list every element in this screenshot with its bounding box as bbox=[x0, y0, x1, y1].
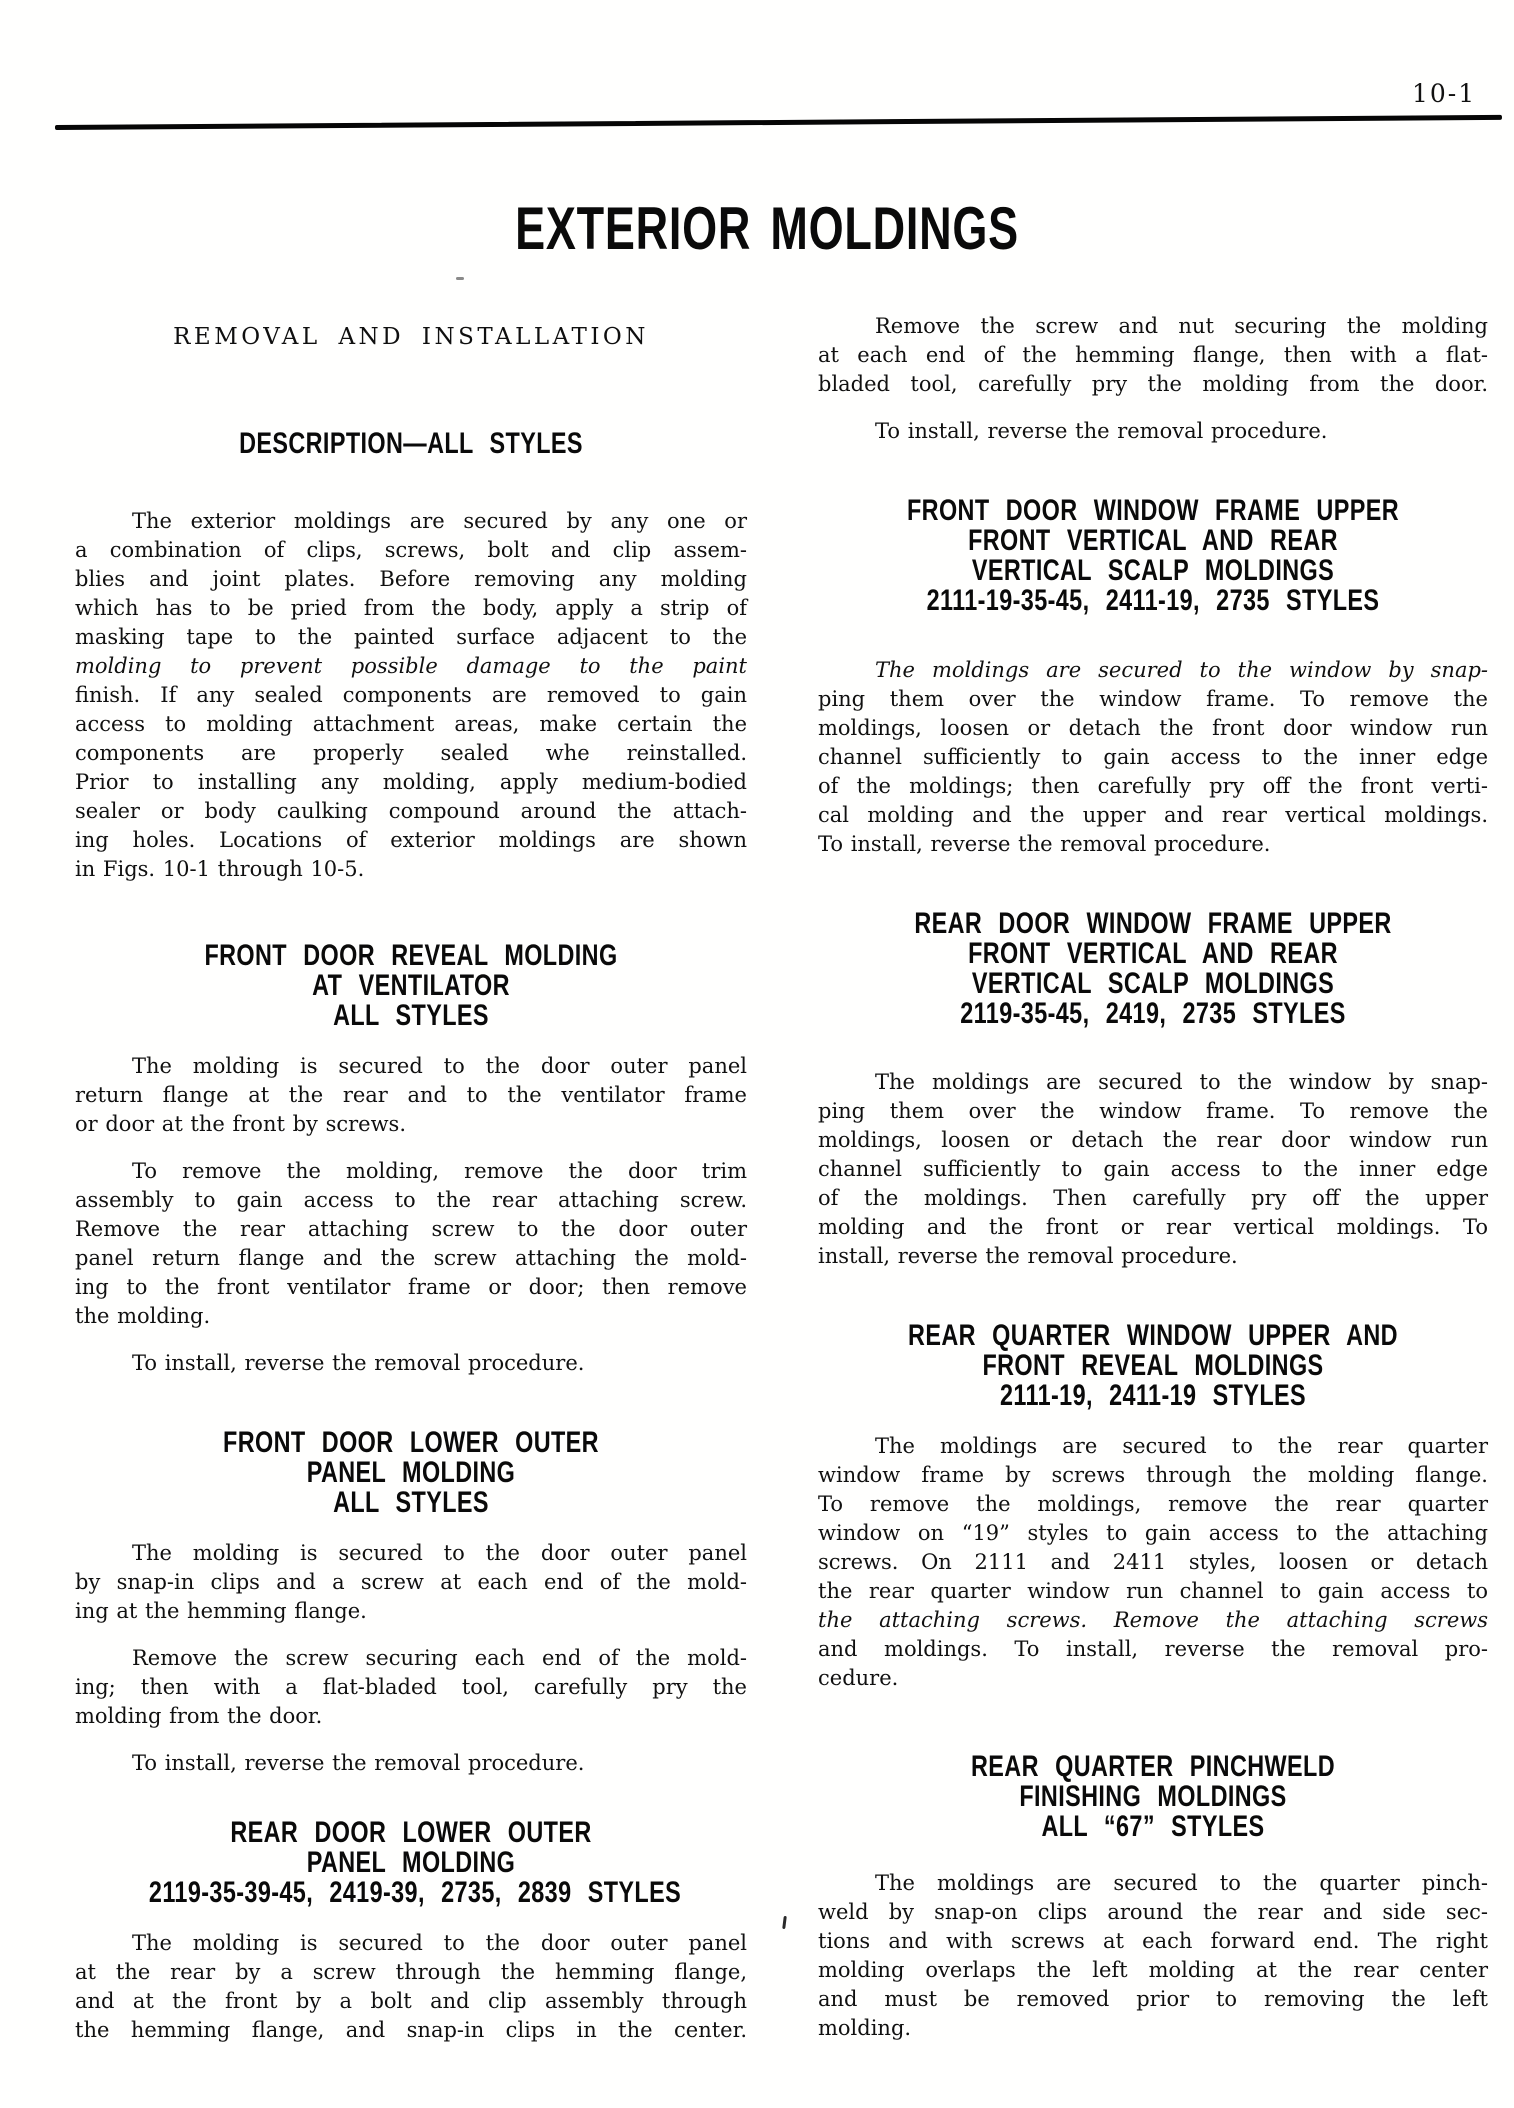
text-line: window on “19” styles to gain access to … bbox=[818, 1519, 1488, 1548]
section-heading: DESCRIPTION—ALL STYLES bbox=[75, 429, 747, 459]
text-line: ing at the hemming flange. bbox=[75, 1597, 747, 1626]
text-line: and moldings. To install, reverse the re… bbox=[818, 1635, 1488, 1664]
heading-line: FINISHING MOLDINGS bbox=[892, 1782, 1415, 1812]
text-line: window frame by screws through the moldi… bbox=[818, 1461, 1488, 1490]
heading-line: FRONT DOOR WINDOW FRAME UPPER bbox=[892, 496, 1415, 526]
text-line: and at the front by a bolt and clip asse… bbox=[75, 1987, 747, 2016]
text-line: Remove the rear attaching screw to the d… bbox=[75, 1215, 747, 1244]
text-line: or door at the front by screws. bbox=[75, 1110, 747, 1139]
paragraph: To install, reverse the removal procedur… bbox=[818, 417, 1488, 446]
section-heading: REAR DOOR LOWER OUTERPANEL MOLDING2119-3… bbox=[75, 1818, 747, 1908]
section-heading: REAR QUARTER PINCHWELDFINISHING MOLDINGS… bbox=[818, 1752, 1488, 1842]
text-line: To install, reverse the removal procedur… bbox=[75, 1749, 747, 1778]
text-line: which has to be pried from the body, app… bbox=[75, 594, 747, 623]
paragraph: The moldings are secured to the quarter … bbox=[818, 1869, 1488, 2043]
heading-line: FRONT VERTICAL AND REAR bbox=[892, 939, 1415, 969]
heading-line: ALL “67” STYLES bbox=[892, 1812, 1415, 1842]
heading-line: ALL STYLES bbox=[149, 1488, 673, 1518]
text-line: at each end of the hemming flange, then … bbox=[818, 341, 1488, 370]
heading-line: AT VENTILATOR bbox=[149, 971, 673, 1001]
heading-line: VERTICAL SCALP MOLDINGS bbox=[892, 969, 1415, 999]
left-column: REMOVAL AND INSTALLATIONDESCRIPTION—ALL … bbox=[75, 0, 747, 2108]
text-line: panel return flange and the screw attach… bbox=[75, 1244, 747, 1273]
right-column: Remove the screw and nut securing the mo… bbox=[818, 0, 1488, 2108]
paragraph: The molding is secured to the door outer… bbox=[75, 1929, 747, 2045]
heading-line: 2119-35-39-45, 2419-39, 2735, 2839 STYLE… bbox=[149, 1878, 673, 1908]
heading-line: REAR DOOR LOWER OUTER bbox=[149, 1818, 673, 1848]
text-line: sealer or body caulking compound around … bbox=[75, 797, 747, 826]
section-heading: FRONT DOOR REVEAL MOLDINGAT VENTILATORAL… bbox=[75, 941, 747, 1031]
text-line: The molding is secured to the door outer… bbox=[75, 1539, 747, 1568]
section-heading: FRONT DOOR WINDOW FRAME UPPERFRONT VERTI… bbox=[818, 496, 1488, 616]
text-line: molding to prevent possible damage to th… bbox=[75, 652, 747, 681]
text-line: blies and joint plates. Before removing … bbox=[75, 565, 747, 594]
heading-line: REAR QUARTER WINDOW UPPER AND bbox=[892, 1321, 1415, 1351]
text-line: the molding. bbox=[75, 1302, 747, 1331]
text-line: The exterior moldings are secured by any… bbox=[75, 507, 747, 536]
heading-line: DESCRIPTION—ALL STYLES bbox=[149, 429, 673, 459]
text-line: Remove the screw securing each end of th… bbox=[75, 1644, 747, 1673]
text-line: channel sufficiently to gain access to t… bbox=[818, 743, 1488, 772]
text-line: Remove the screw and nut securing the mo… bbox=[818, 312, 1488, 341]
heading-line: FRONT VERTICAL AND REAR bbox=[892, 526, 1415, 556]
paragraph: To install, reverse the removal procedur… bbox=[75, 1749, 747, 1778]
text-line: the rear quarter window run channel to g… bbox=[818, 1577, 1488, 1606]
text-line: To remove the molding, remove the door t… bbox=[75, 1157, 747, 1186]
text-line: weld by snap-on clips around the rear an… bbox=[818, 1898, 1488, 1927]
text-line: tions and with screws at each forward en… bbox=[818, 1927, 1488, 1956]
paragraph: The exterior moldings are secured by any… bbox=[75, 507, 747, 884]
text-line: molding. bbox=[818, 2014, 1488, 2043]
heading-line: REAR QUARTER PINCHWELD bbox=[892, 1752, 1415, 1782]
paragraph: The moldings are secured to the window b… bbox=[818, 1068, 1488, 1271]
text-line: The molding is secured to the door outer… bbox=[75, 1052, 747, 1081]
text-line: The moldings are secured to the window b… bbox=[818, 1068, 1488, 1097]
text-line: molding overlaps the left molding at the… bbox=[818, 1956, 1488, 1985]
text-line: To install, reverse the removal procedur… bbox=[818, 417, 1488, 446]
heading-line: REAR DOOR WINDOW FRAME UPPER bbox=[892, 909, 1415, 939]
text-line: The moldings are secured to the rear qua… bbox=[818, 1432, 1488, 1461]
text-line: of the moldings. Then carefully pry off … bbox=[818, 1184, 1488, 1213]
heading-line: PANEL MOLDING bbox=[149, 1458, 673, 1488]
heading-line: REMOVAL AND INSTALLATION bbox=[75, 322, 747, 352]
section-heading: REAR DOOR WINDOW FRAME UPPERFRONT VERTIC… bbox=[818, 909, 1488, 1029]
heading-line: ALL STYLES bbox=[149, 1001, 673, 1031]
paragraph: To remove the molding, remove the door t… bbox=[75, 1157, 747, 1331]
heading-line: FRONT DOOR LOWER OUTER bbox=[149, 1428, 673, 1458]
text-line: the hemming flange, and snap-in clips in… bbox=[75, 2016, 747, 2045]
paragraph: The molding is secured to the door outer… bbox=[75, 1052, 747, 1139]
paragraph: Remove the screw and nut securing the mo… bbox=[818, 312, 1488, 399]
text-line: assembly to gain access to the rear atta… bbox=[75, 1186, 747, 1215]
manual-page: 10-1 EXTERIOR MOLDINGS REMOVAL AND INSTA… bbox=[0, 0, 1514, 2108]
text-line: ping them over the window frame. To remo… bbox=[818, 685, 1488, 714]
heading-line: FRONT REVEAL MOLDINGS bbox=[892, 1351, 1415, 1381]
heading-line: 2111-19, 2411-19 STYLES bbox=[892, 1381, 1415, 1411]
text-line: screws. On 2111 and 2411 styles, loosen … bbox=[818, 1548, 1488, 1577]
paragraph: The moldings are secured to the window b… bbox=[818, 656, 1488, 859]
heading-line: PANEL MOLDING bbox=[149, 1848, 673, 1878]
paragraph: Remove the screw securing each end of th… bbox=[75, 1644, 747, 1731]
text-line: bladed tool, carefully pry the molding f… bbox=[818, 370, 1488, 399]
text-line: The molding is secured to the door outer… bbox=[75, 1929, 747, 1958]
text-line: To install, reverse the removal procedur… bbox=[75, 1349, 747, 1378]
text-line: return flange at the rear and to the ven… bbox=[75, 1081, 747, 1110]
text-line: molding from the door. bbox=[75, 1702, 747, 1731]
text-line: molding and the front or rear vertical m… bbox=[818, 1213, 1488, 1242]
text-line: channel sufficiently to gain access to t… bbox=[818, 1155, 1488, 1184]
text-line: moldings, loosen or detach the front doo… bbox=[818, 714, 1488, 743]
text-line: To remove the moldings, remove the rear … bbox=[818, 1490, 1488, 1519]
text-line: ping them over the window frame. To remo… bbox=[818, 1097, 1488, 1126]
text-line: finish. If any sealed components are rem… bbox=[75, 681, 747, 710]
text-line: ing; then with a flat-bladed tool, caref… bbox=[75, 1673, 747, 1702]
ink-speck bbox=[456, 277, 464, 280]
text-line: of the moldings; then carefully pry off … bbox=[818, 772, 1488, 801]
section-heading: FRONT DOOR LOWER OUTERPANEL MOLDINGALL S… bbox=[75, 1428, 747, 1518]
paragraph: The moldings are secured to the rear qua… bbox=[818, 1432, 1488, 1693]
text-line: masking tape to the painted surface adja… bbox=[75, 623, 747, 652]
text-line: access to molding attachment areas, make… bbox=[75, 710, 747, 739]
text-line: a combination of clips, screws, bolt and… bbox=[75, 536, 747, 565]
text-line: the attaching screws. Remove the attachi… bbox=[818, 1606, 1488, 1635]
serif-heading: REMOVAL AND INSTALLATION bbox=[75, 322, 747, 352]
text-line: To install, reverse the removal procedur… bbox=[818, 830, 1488, 859]
text-line: cal molding and the upper and rear verti… bbox=[818, 801, 1488, 830]
heading-line: 2111-19-35-45, 2411-19, 2735 STYLES bbox=[892, 586, 1415, 616]
text-line: The moldings are secured to the quarter … bbox=[818, 1869, 1488, 1898]
heading-line: FRONT DOOR REVEAL MOLDING bbox=[149, 941, 673, 971]
text-line: ing to the front ventilator frame or doo… bbox=[75, 1273, 747, 1302]
paragraph: To install, reverse the removal procedur… bbox=[75, 1349, 747, 1378]
text-line: ing holes. Locations of exterior molding… bbox=[75, 826, 747, 855]
text-line: install, reverse the removal procedure. bbox=[818, 1242, 1488, 1271]
text-line: Prior to installing any molding, apply m… bbox=[75, 768, 747, 797]
text-line: moldings, loosen or detach the rear door… bbox=[818, 1126, 1488, 1155]
ink-speck bbox=[782, 1916, 787, 1929]
text-line: The moldings are secured to the window b… bbox=[818, 656, 1488, 685]
section-heading: REAR QUARTER WINDOW UPPER ANDFRONT REVEA… bbox=[818, 1321, 1488, 1411]
heading-line: VERTICAL SCALP MOLDINGS bbox=[892, 556, 1415, 586]
paragraph: The molding is secured to the door outer… bbox=[75, 1539, 747, 1626]
text-line: and must be removed prior to removing th… bbox=[818, 1985, 1488, 2014]
text-line: in Figs. 10-1 through 10-5. bbox=[75, 855, 747, 884]
heading-line: 2119-35-45, 2419, 2735 STYLES bbox=[892, 999, 1415, 1029]
text-line: components are properly sealed whe reins… bbox=[75, 739, 747, 768]
text-line: cedure. bbox=[818, 1664, 1488, 1693]
text-line: at the rear by a screw through the hemmi… bbox=[75, 1958, 747, 1987]
text-line: by snap-in clips and a screw at each end… bbox=[75, 1568, 747, 1597]
